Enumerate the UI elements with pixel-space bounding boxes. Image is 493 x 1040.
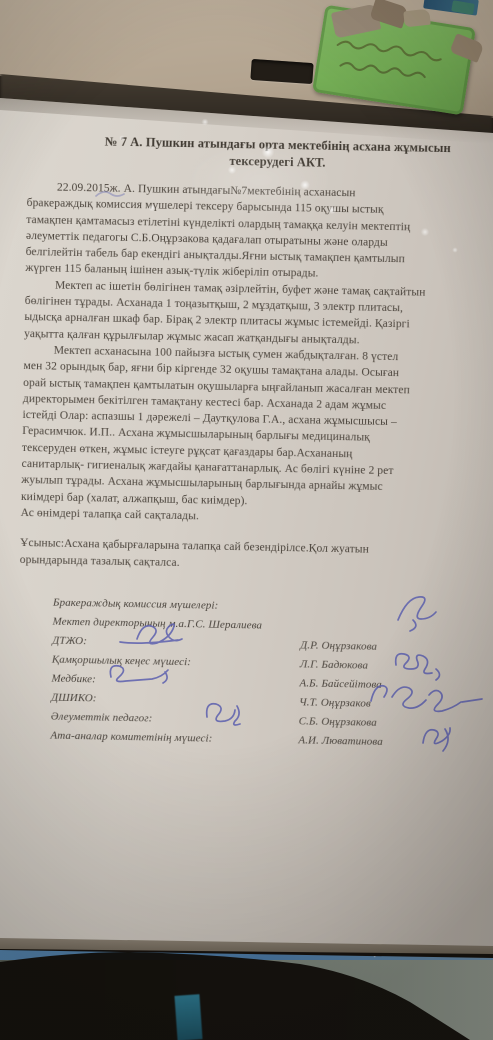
signature-role: Ата-аналар комитетінің мүшесі: xyxy=(50,726,212,748)
torn-paper-bit xyxy=(403,9,431,28)
signature-name: Л.Г. Бадюкова xyxy=(300,655,369,675)
signature-heading: Бракераждық комиссия мүшелері: xyxy=(53,596,219,611)
signature-name: А.Б. Байсейітова xyxy=(299,674,382,695)
document-text: № 7 А. Пушкин атындағы орта мектебінің а… xyxy=(16,132,493,754)
signature-role: Әлеуметтік педагог: xyxy=(51,707,153,728)
signature-role: Медбике: xyxy=(51,669,96,689)
signature-role: Мектеп директорының м.а. xyxy=(52,615,187,630)
signature-role: ДШИКО: xyxy=(51,688,97,708)
shadow-region xyxy=(0,940,493,1040)
signature-role: ДТЖО: xyxy=(52,631,87,651)
signature-name: А.И. Люватинова xyxy=(298,731,383,752)
signature-name: С.Б. Оңұрзакова xyxy=(299,712,377,732)
signature-block: Бракераждық комиссия мүшелері: Мектеп ди… xyxy=(50,593,493,754)
signature-name: Ч.Т. Оңұрзаков xyxy=(299,693,371,713)
vent-slot xyxy=(250,59,313,84)
photo-scene: № 7 А. Пушкин атындағы орта мектебінің а… xyxy=(0,0,493,1040)
signature-name: Д.Р. Оңұрзакова xyxy=(300,636,377,656)
teal-table-sliver xyxy=(174,994,202,1040)
signature-name: Г.С. Шералиева xyxy=(187,618,262,631)
